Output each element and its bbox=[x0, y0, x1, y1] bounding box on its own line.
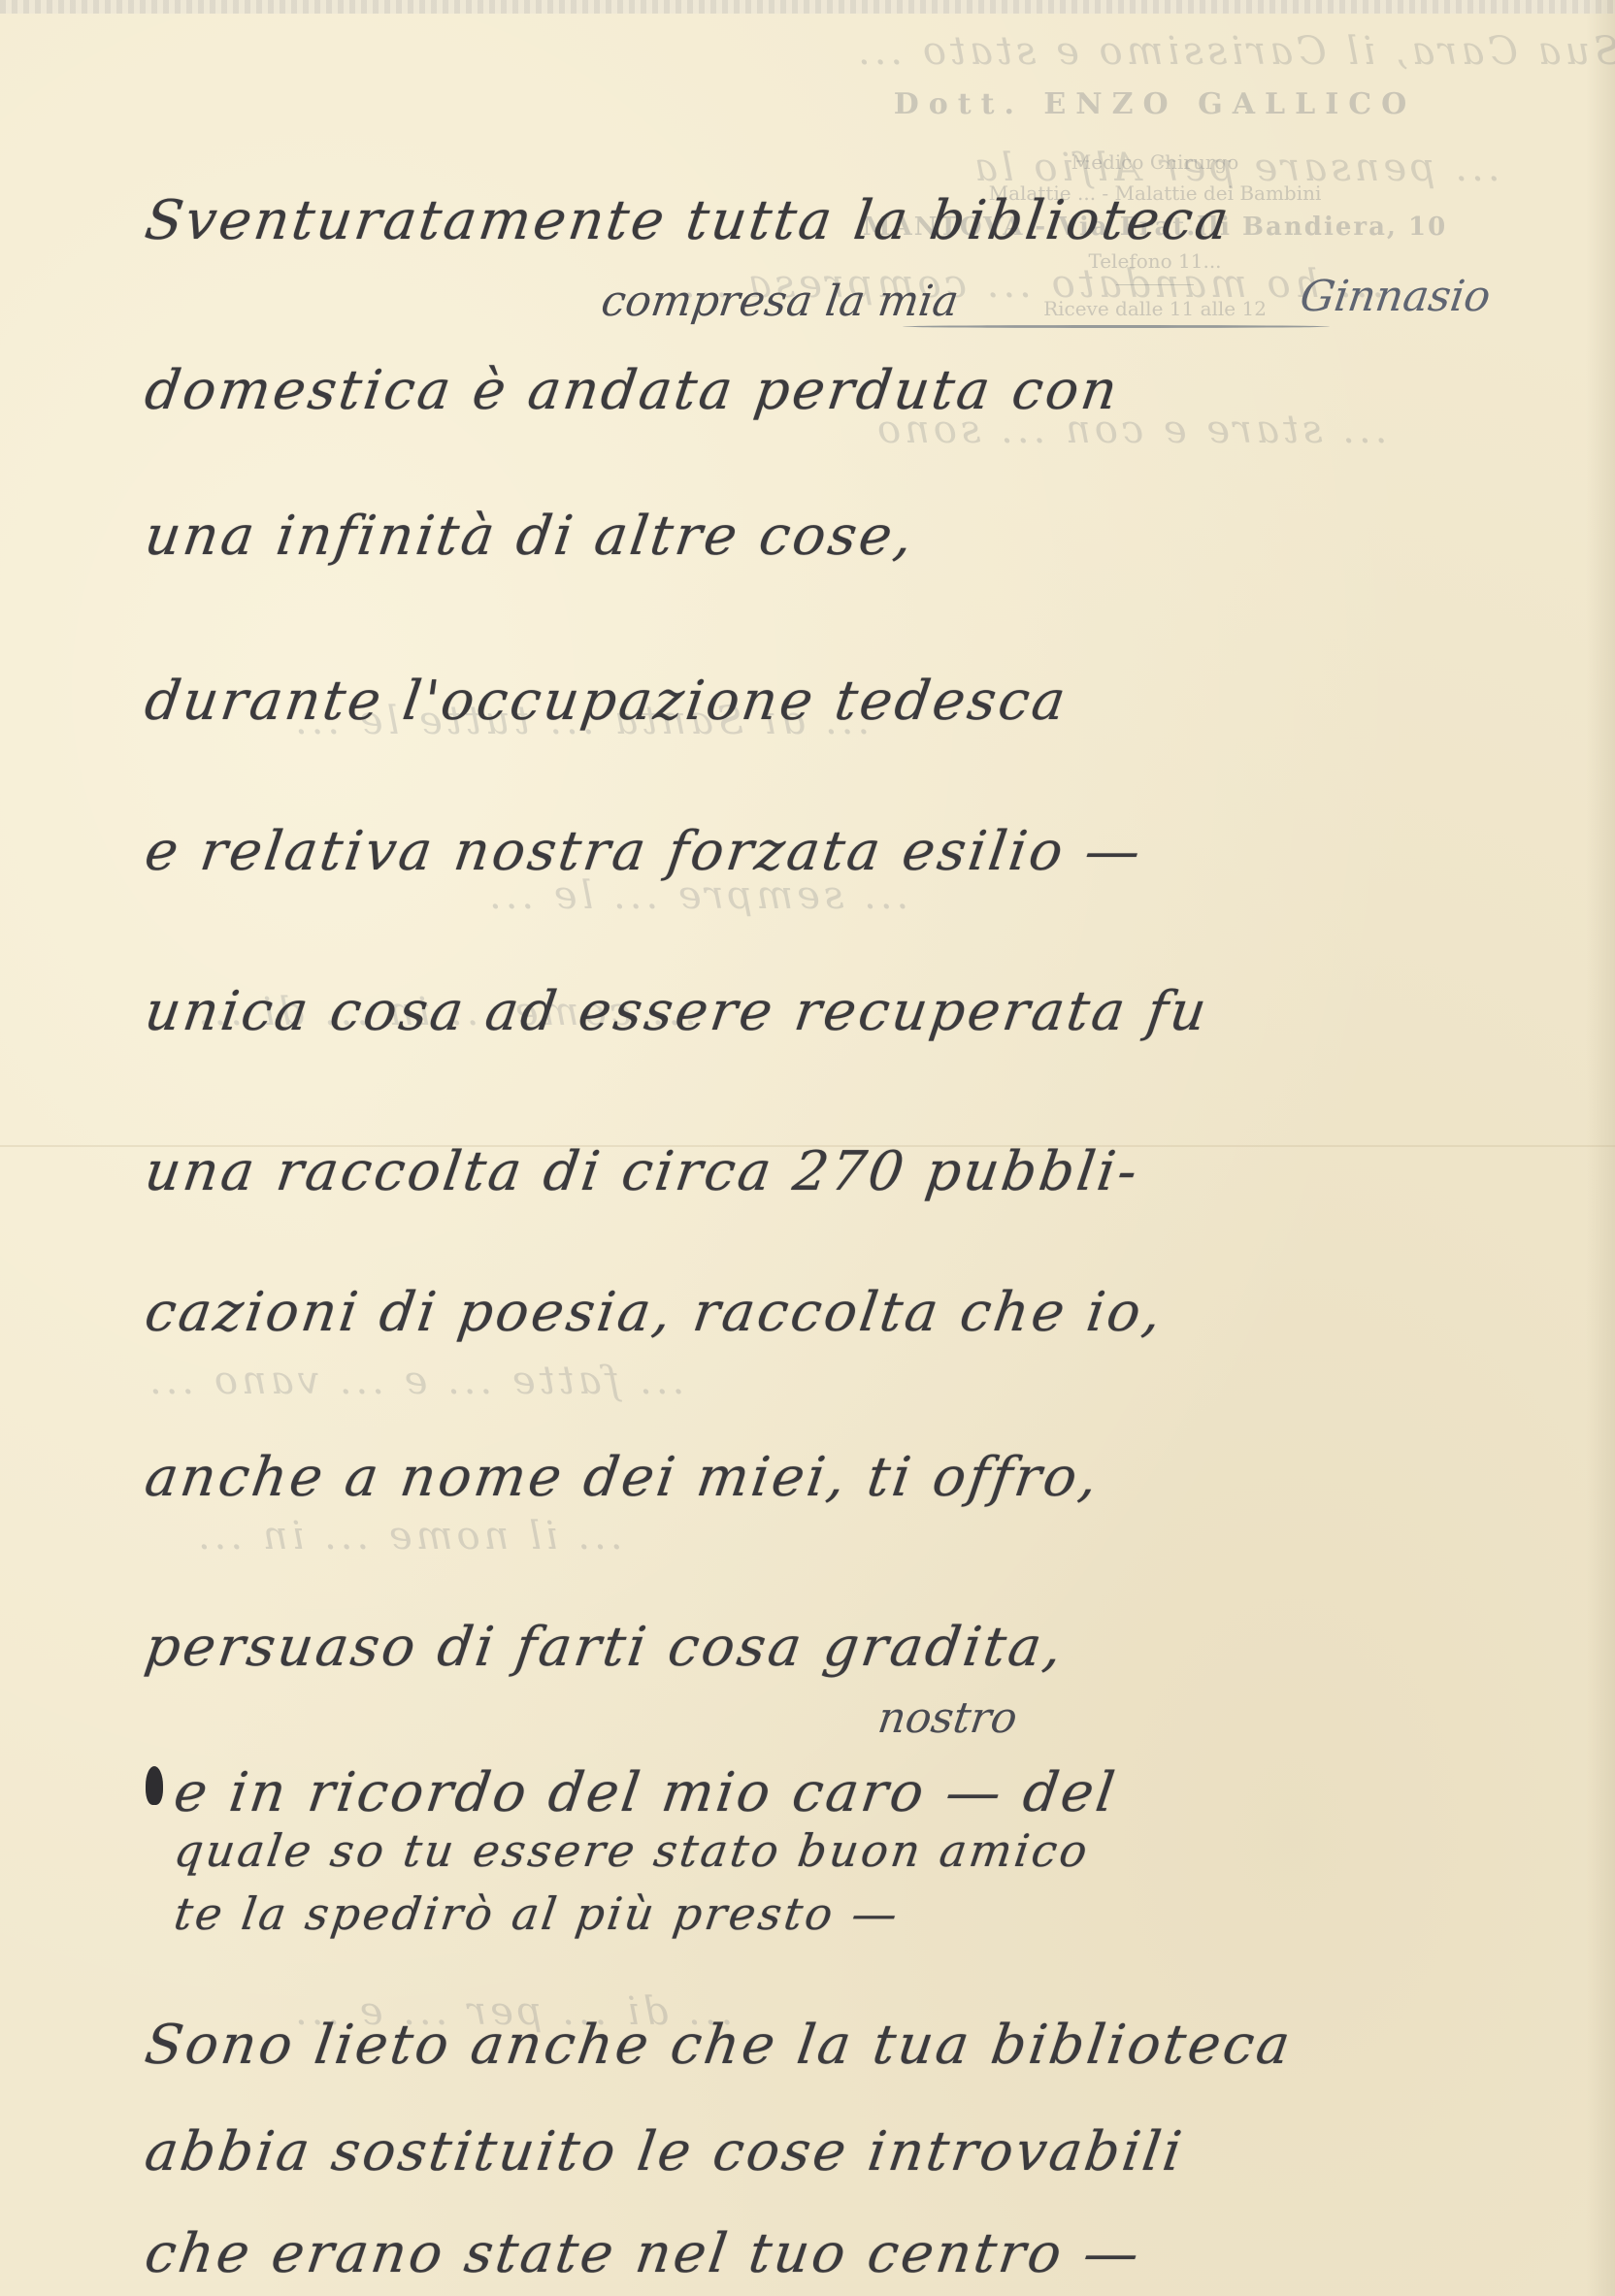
bleed-through-text: ... il nome ... in ... bbox=[194, 1514, 623, 1558]
insert-above-line-2: compresa la mia bbox=[598, 277, 961, 326]
letter-page: Dott. ENZO GALLICO Medico Chirurgo Malat… bbox=[0, 0, 1615, 2296]
bleed-through-text: Da Sua Cara, il Carissimo e stato ... bbox=[854, 29, 1615, 74]
letter-line-7: una raccolta di circa 270 pubbli- bbox=[141, 1140, 1143, 1203]
letter-line-16: che erano state nel tuo centro — bbox=[141, 2222, 1145, 2285]
bleed-through-text: ... pensare per Alfio la bbox=[971, 146, 1500, 190]
letter-line-14: Sono lieto anche che la tua biblioteca bbox=[141, 2014, 1296, 2077]
letter-line-4: durante l'occupazione tedesca bbox=[141, 670, 1071, 733]
insert-connector-line bbox=[903, 325, 1330, 328]
insert-above-line-2-grey: Ginnasio bbox=[1297, 272, 1493, 321]
letter-line-11: e in ricordo del mio caro — del bbox=[170, 1761, 1121, 1824]
page-edge-shadow bbox=[1586, 0, 1615, 2296]
letter-line-8: cazioni di poesia, raccolta che io, bbox=[141, 1281, 1168, 1344]
letterhead-name: Dott. ENZO GALLICO bbox=[815, 87, 1495, 121]
ink-blot-mark bbox=[146, 1766, 163, 1805]
letter-line-9: anche a nome dei miei, ti offro, bbox=[141, 1446, 1104, 1509]
letter-line-5: e relativa nostra forzata esilio — bbox=[141, 820, 1146, 883]
letter-line-1: Sventuratamente tutta la biblioteca bbox=[141, 189, 1235, 252]
torn-top-edge bbox=[0, 0, 1615, 14]
letter-line-10: persuaso di farti cosa gradita, bbox=[141, 1616, 1068, 1679]
letter-line-15: abbia sostituito le cose introvabili bbox=[141, 2120, 1188, 2183]
letter-line-2: domestica è andata perduta con bbox=[141, 359, 1123, 422]
letter-line-6: unica cosa ad essere recuperata fu bbox=[141, 980, 1212, 1043]
insert-above-line-11: nostro bbox=[874, 1693, 1020, 1743]
bleed-through-text: ... fatte ... e ... vano ... bbox=[146, 1359, 684, 1403]
letter-line-13: te la spedirò al più presto — bbox=[171, 1887, 904, 1940]
letter-line-3: una infinità di altre cose, bbox=[141, 505, 919, 568]
letter-line-12: quale so tu essere stato buon amico bbox=[171, 1824, 1093, 1877]
